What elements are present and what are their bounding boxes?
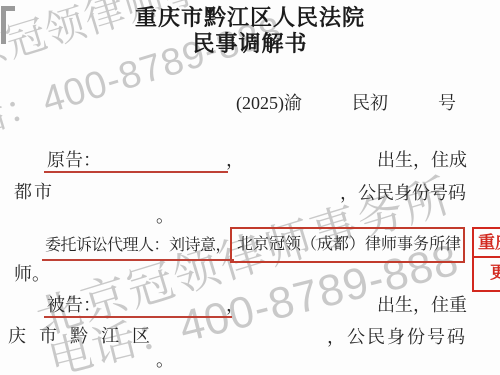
redaction-underline-plaintiff [44, 171, 228, 173]
plaintiff-id-number-label: ，公民身份号码 [340, 183, 466, 204]
agent-line-continued: 师。 [14, 264, 50, 285]
scanned-mediation-document: 北京冠领律师事务所 电话：400-8789-888 北京冠领律师事务所 电话：4… [0, 0, 500, 375]
case-number-suffix: 号 [438, 93, 456, 114]
case-number-middle: 民初 [352, 93, 388, 114]
defendant-comma: ， [226, 295, 244, 316]
callout-line1: 重庆市 [474, 229, 500, 258]
case-number-prefix: (2025)渝 [236, 93, 302, 114]
plaintiff-paragraph-period: 。 [156, 206, 174, 227]
law-firm-name: 北京冠领（成都）律师事务所律 [237, 236, 461, 254]
defendant-residence-continued: 庆市黔江区 [8, 326, 163, 347]
defendant-label: 被告： [47, 295, 101, 316]
defendant-id-number-label: ，公民身份号码 [327, 327, 467, 348]
related-case-callout[interactable]: 重庆市 更 [472, 227, 500, 292]
defendant-birth-residence: 出生，住重 [377, 295, 467, 316]
agent-label-and-name: 委托诉讼代理人：刘诗意， [45, 237, 231, 255]
redaction-underline-defendant [44, 316, 232, 318]
callout-line2: 更 [474, 258, 500, 290]
court-name: 重庆市黔江区人民法院 [0, 5, 500, 30]
defendant-paragraph-period: 。 [156, 350, 174, 371]
plaintiff-comma: ， [226, 150, 244, 171]
plaintiff-label: 原告： [47, 150, 101, 171]
red-underline-agent [42, 259, 234, 261]
document-type-title: 民事调解书 [0, 31, 500, 56]
plaintiff-birth-residence: 出生，住成 [377, 150, 467, 171]
plaintiff-residence-continued: 都市 [14, 182, 54, 203]
